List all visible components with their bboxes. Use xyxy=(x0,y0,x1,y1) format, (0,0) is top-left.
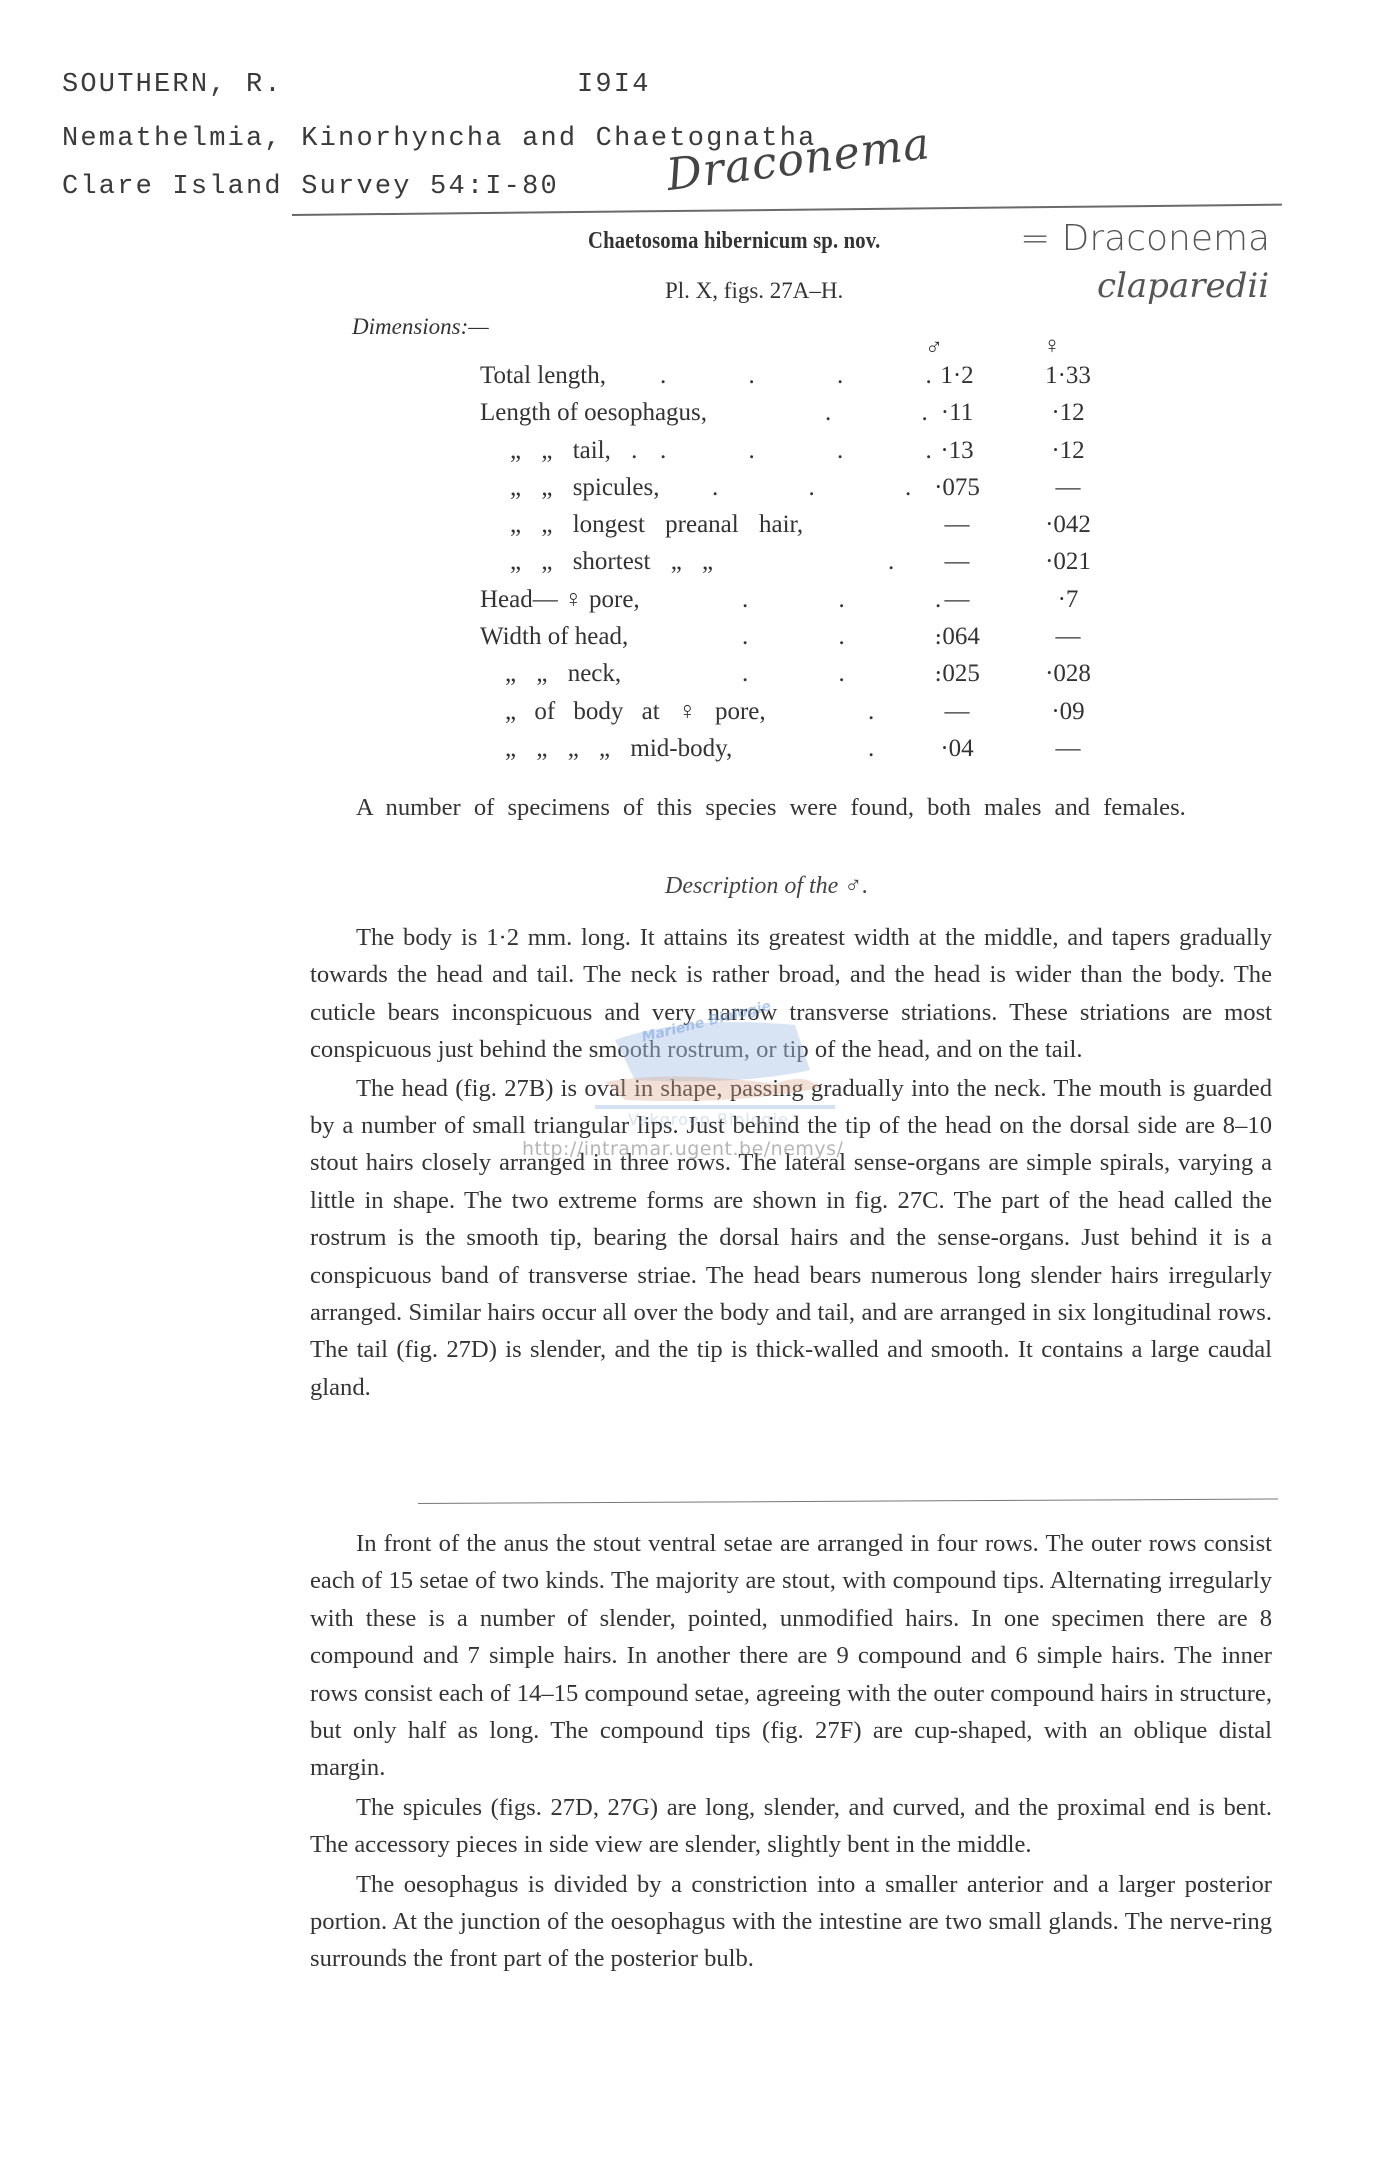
female-value: 1·33 xyxy=(1023,362,1113,390)
header-citation: Clare Island Survey 54:I-80 xyxy=(62,172,559,202)
male-value: ·11 xyxy=(912,399,1002,427)
handwritten-synonym-line1: = Draconema xyxy=(1020,218,1270,259)
male-value: ·04 xyxy=(912,735,1002,763)
paragraph-oesophagus: The oesophagus is divided by a constrict… xyxy=(310,1866,1272,1978)
female-value: ·042 xyxy=(1023,511,1113,539)
female-value: — xyxy=(1023,735,1113,763)
intro-text: A number of specimens of this species we… xyxy=(310,789,1272,826)
male-value: — xyxy=(912,548,1002,576)
header-author: SOUTHERN, R. xyxy=(62,70,283,100)
handwritten-synonym-line2: claparedii xyxy=(1097,266,1269,306)
dimension-label: „ of body at ♀ pore, xyxy=(505,698,766,726)
description-body: The body is 1·2 mm. long. It attains its… xyxy=(310,919,1272,1406)
header-divider xyxy=(292,204,1282,216)
paragraph-spicules: The spicules (figs. 27D, 27G) are long, … xyxy=(310,1789,1272,1864)
female-value: — xyxy=(1023,474,1113,502)
dimension-label: „ „ tail, . xyxy=(510,437,637,465)
section-divider xyxy=(418,1498,1278,1504)
male-value: ·13 xyxy=(912,437,1002,465)
female-value: ·028 xyxy=(1023,660,1113,688)
female-value: ·12 xyxy=(1023,437,1113,465)
leader-dots: . xyxy=(868,735,874,763)
intro-paragraph: A number of specimens of this species we… xyxy=(310,789,1272,826)
female-value: ·021 xyxy=(1023,548,1113,576)
female-value: ·09 xyxy=(1023,698,1113,726)
plate-reference: Pl. X, figs. 27A–H. xyxy=(665,278,843,304)
leader-dots: . xyxy=(868,698,874,726)
female-symbol-header: ♀ xyxy=(1043,333,1061,360)
male-symbol-header: ♂ xyxy=(925,335,943,362)
female-value: — xyxy=(1023,623,1113,651)
dimension-label: Width of head, xyxy=(480,623,628,651)
dimension-label: Total length, xyxy=(480,362,606,390)
female-value: ·12 xyxy=(1023,399,1113,427)
watermark-logo-text-bottom: Vakgroep Biologie xyxy=(628,1110,789,1129)
paragraph-setae: In front of the anus the stout ventral s… xyxy=(310,1525,1272,1787)
male-value: — xyxy=(912,586,1002,614)
dimension-label: „ „ „ „ mid-body, xyxy=(505,735,732,763)
dimension-label: „ „ neck, xyxy=(505,660,621,688)
female-value: ·7 xyxy=(1023,586,1113,614)
dimension-label: Head— ♀ pore, xyxy=(480,586,640,614)
paragraph-body-shape: The body is 1·2 mm. long. It attains its… xyxy=(310,919,1272,1069)
species-title: Chaetosoma hibernicum sp. nov. xyxy=(588,228,880,255)
male-value: 1·2 xyxy=(912,362,1002,390)
section-heading: Description of the ♂. xyxy=(665,873,868,900)
male-value: ·025 xyxy=(912,660,1002,688)
dimension-label: Length of oesophagus, xyxy=(480,399,707,427)
header-year: I9I4 xyxy=(577,70,651,100)
male-value: — xyxy=(912,698,1002,726)
leader-dots: . xyxy=(888,548,894,576)
male-value: — xyxy=(912,511,1002,539)
dimensions-heading: Dimensions:— xyxy=(352,314,489,340)
paragraph-head: The head (fig. 27B) is oval in shape, pa… xyxy=(310,1070,1272,1407)
dimension-label: „ „ shortest „ „ xyxy=(510,548,713,576)
dimension-label: „ „ longest preanal hair, xyxy=(510,511,803,539)
dimension-label: „ „ spicules, xyxy=(510,474,659,502)
watermark-url: http://intramar.ugent.be/nemys/ xyxy=(522,1138,843,1160)
male-value: ·064 xyxy=(912,623,1002,651)
male-value: ·075 xyxy=(912,474,1002,502)
description-body-continued: In front of the anus the stout ventral s… xyxy=(310,1525,1272,1978)
